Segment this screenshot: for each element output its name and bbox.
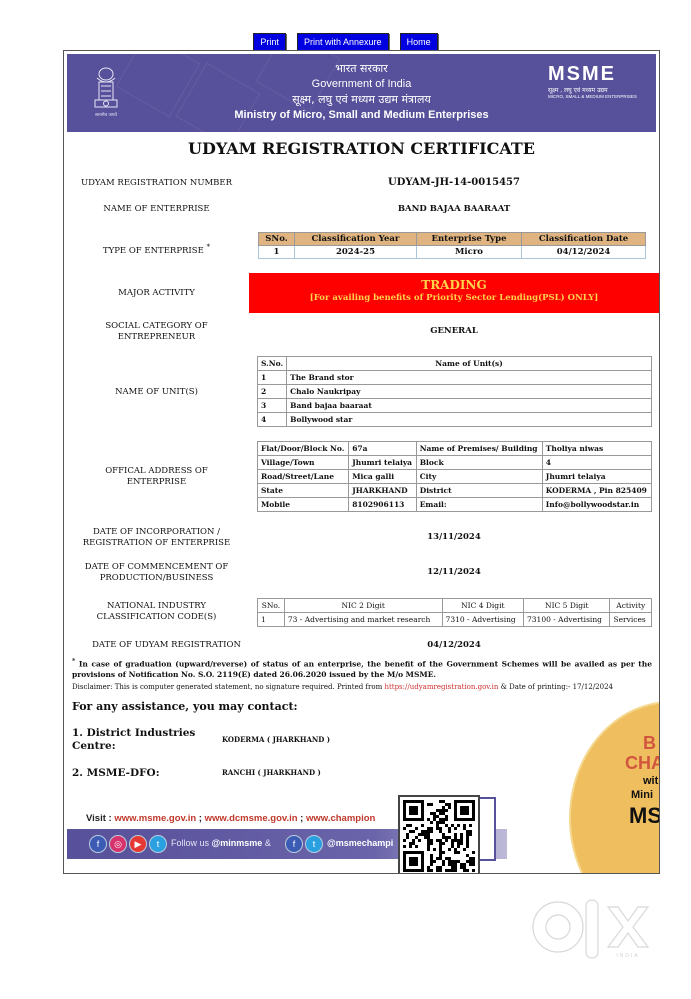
visit-label: Visit : — [86, 813, 114, 824]
enterprise-name-value: BAND BAJAA BAARAAT — [304, 204, 604, 214]
table-cell: 2024-25 — [294, 246, 416, 259]
table-cell: 4 — [258, 413, 287, 427]
table-cell: State — [258, 484, 349, 498]
table-row: 1 73 - Advertising and market research 7… — [258, 613, 652, 627]
table-header: NIC 4 Digit — [442, 599, 523, 613]
print-date-text: & Date of printing:- 17/12/2024 — [498, 683, 613, 691]
follow-label: Follow us — [171, 838, 212, 848]
dic-label-line: Centre: — [72, 740, 202, 753]
table-header: Classification Year — [294, 233, 416, 246]
badge-text: Mini — [631, 789, 653, 801]
asterisk-marker: * — [207, 242, 211, 251]
table-cell: KODERMA , Pin 825409 — [542, 484, 651, 498]
enterprise-type-label-text: TYPE OF ENTERPRISE — [103, 246, 204, 256]
and-text: & — [262, 838, 271, 848]
table-cell: Mobile — [258, 498, 349, 512]
champions-badge: B CHA wit Mini MS — [569, 701, 660, 874]
olx-india-text: INDIA — [616, 953, 639, 959]
dfo-value: RANCHI ( JHARKHAND ) — [222, 768, 321, 777]
dcmsme-link[interactable]: www.dcmsme.gov.in — [205, 813, 298, 824]
disclaimer-text: Disclaimer: This is computer generated s… — [72, 683, 384, 691]
address-label-line: OFFICAL ADDRESS OF — [74, 466, 239, 477]
twitter-icon[interactable]: t — [305, 835, 323, 853]
social-category-label: SOCIAL CATEGORY OF ENTREPRENEUR — [74, 321, 239, 343]
table-row: Road/Street/LaneMica galliCityJhumri tel… — [258, 470, 652, 484]
table-cell: Band bajaa baaraat — [287, 399, 652, 413]
table-header: SNo. — [259, 233, 295, 246]
table-cell: 8102906113 — [349, 498, 416, 512]
table-cell: Services — [610, 613, 652, 627]
table-cell: District — [416, 484, 542, 498]
email-value: Info@bollywoodstar.in — [542, 498, 651, 512]
units-table: S.No. Name of Unit(s) 1The Brand stor 2C… — [257, 356, 652, 427]
toolbar: Print Print with Annexure Home — [0, 30, 691, 51]
social-category-value: GENERAL — [304, 326, 604, 336]
table-cell: Village/Town — [258, 456, 349, 470]
separator: ; — [196, 813, 204, 824]
nic-label-line: NATIONAL INDUSTRY — [74, 601, 239, 612]
msme-logo-text: MSME — [548, 64, 642, 84]
olx-watermark-icon: INDIA — [528, 895, 658, 965]
ministry-heading: Ministry of Micro, Small and Medium Ente… — [67, 109, 656, 121]
address-table: Flat/Door/Block No.67aName of Premises/ … — [257, 441, 652, 512]
print-with-annexure-button[interactable]: Print with Annexure — [297, 33, 389, 51]
certificate: सत्यमेव जयते भारत सरकार Government of In… — [63, 50, 660, 874]
facebook-icon[interactable]: f — [89, 835, 107, 853]
dic-value: KODERMA ( JHARKHAND ) — [222, 735, 330, 744]
badge-text: B — [643, 733, 656, 753]
champions-handle-wrap: @msmechampi — [327, 838, 393, 848]
units-label: NAME OF UNIT(S) — [74, 387, 239, 397]
qr-code — [398, 795, 480, 874]
nic-label-line: CLASSIFICATION CODE(S) — [74, 612, 239, 623]
graduation-note: * In case of graduation (upward/reverse)… — [72, 657, 652, 680]
msme-logo-english: MICRO, SMALL & MEDIUM ENTERPRISES — [548, 94, 642, 99]
table-header: Enterprise Type — [416, 233, 521, 246]
follow-text: Follow us @minmsme & — [171, 838, 271, 848]
table-cell: 3 — [258, 399, 287, 413]
social-category-label-line: SOCIAL CATEGORY OF — [74, 321, 239, 332]
notes: * In case of graduation (upward/reverse)… — [72, 657, 652, 691]
table-row: StateJHARKHANDDistrictKODERMA , Pin 8254… — [258, 484, 652, 498]
table-cell: Name of Premises/ Building — [416, 442, 542, 456]
table-header: NIC 5 Digit — [524, 599, 610, 613]
commencement-label: DATE OF COMMENCEMENT OF PRODUCTION/BUSIN… — [74, 562, 239, 584]
table-row: 3Band bajaa baaraat — [258, 399, 652, 413]
badge-text: MS — [629, 803, 660, 829]
msme-link[interactable]: www.msme.gov.in — [114, 813, 196, 824]
table-cell: Flat/Door/Block No. — [258, 442, 349, 456]
commencement-date: 12/11/2024 — [304, 567, 604, 577]
msmechampions-handle[interactable]: @msmechampi — [327, 838, 393, 848]
incorporation-label-line: DATE OF INCORPORATION / — [74, 527, 239, 538]
classification-table: SNo. Classification Year Enterprise Type… — [258, 232, 646, 259]
separator: ; — [298, 813, 306, 824]
asterisk-marker: * — [72, 658, 75, 665]
table-cell: 2 — [258, 385, 287, 399]
msme-logo: MSME सूक्ष्म , लघु एवं मध्यम उद्यम MICRO… — [548, 64, 642, 99]
table-cell: Jhumri telaiya — [542, 470, 651, 484]
udyam-date-label: DATE OF UDYAM REGISTRATION — [74, 640, 259, 650]
youtube-icon[interactable]: ▶ — [129, 835, 147, 853]
table-cell: Micro — [416, 246, 521, 259]
table-cell: City — [416, 470, 542, 484]
table-cell: Road/Street/Lane — [258, 470, 349, 484]
table-row: Village/TownJhumri telaiyaBlock4 — [258, 456, 652, 470]
graduation-note-text: In case of graduation (upward/reverse) o… — [72, 660, 652, 679]
table-header: NIC 2 Digit — [284, 599, 442, 613]
home-button[interactable]: Home — [400, 33, 438, 51]
udyam-portal-link[interactable]: https://udyamregistration.gov.in — [384, 683, 498, 691]
table-cell: 1 — [258, 613, 285, 627]
commencement-label-line: DATE OF COMMENCEMENT OF — [74, 562, 239, 573]
table-header: Name of Unit(s) — [287, 357, 652, 371]
address-label-line: ENTERPRISE — [74, 477, 239, 488]
table-header: Classification Date — [522, 233, 646, 246]
contact-heading: For any assistance, you may contact: — [72, 700, 298, 713]
minmsme-handle[interactable]: @minmsme — [212, 838, 263, 848]
table-cell: 1 — [259, 246, 295, 259]
table-cell: The Brand stor — [287, 371, 652, 385]
table-cell: 67a — [349, 442, 416, 456]
disclaimer: Disclaimer: This is computer generated s… — [72, 683, 652, 691]
table-row: Mobile8102906113Email:Info@bollywoodstar… — [258, 498, 652, 512]
table-cell: Email: — [416, 498, 542, 512]
major-activity-banner: TRADING [For availing benefits of Priori… — [249, 273, 659, 313]
table-header: Activity — [610, 599, 652, 613]
table-row: 4Bollywood star — [258, 413, 652, 427]
commencement-label-line: PRODUCTION/BUSINESS — [74, 573, 239, 584]
nic-label: NATIONAL INDUSTRY CLASSIFICATION CODE(S) — [74, 601, 239, 623]
certificate-title: UDYAM REGISTRATION CERTIFICATE — [64, 139, 659, 158]
reg-number-value: UDYAM-JH-14-0015457 — [304, 177, 604, 188]
address-label: OFFICAL ADDRESS OF ENTERPRISE — [74, 466, 239, 488]
table-row: 2Chalo Naukripay — [258, 385, 652, 399]
table-cell: 73 - Advertising and market research — [284, 613, 442, 627]
incorporation-label: DATE OF INCORPORATION / REGISTRATION OF … — [74, 527, 239, 549]
table-row: 1The Brand stor — [258, 371, 652, 385]
table-row: Flat/Door/Block No.67aName of Premises/ … — [258, 442, 652, 456]
table-cell: Tholiya niwas — [542, 442, 651, 456]
table-cell: Jhumri telaiya — [349, 456, 416, 470]
table-row: 1 2024-25 Micro 04/12/2024 — [259, 246, 646, 259]
dfo-label: 2. MSME-DFO: — [72, 767, 160, 779]
major-activity-value: TRADING — [249, 278, 659, 292]
msme-logo-hindi: सूक्ष्म , लघु एवं मध्यम उद्यम — [548, 86, 642, 94]
facebook-icon[interactable]: f — [285, 835, 303, 853]
enterprise-type-label: TYPE OF ENTERPRISE * — [74, 242, 239, 256]
udyam-date-value: 04/12/2024 — [304, 640, 604, 650]
instagram-icon[interactable]: ◎ — [109, 835, 127, 853]
nic-table: SNo. NIC 2 Digit NIC 4 Digit NIC 5 Digit… — [257, 598, 652, 627]
table-cell: 73100 - Advertising — [524, 613, 610, 627]
dic-label: 1. District Industries Centre: — [72, 727, 202, 753]
table-cell: 7310 - Advertising — [442, 613, 523, 627]
national-emblem-icon: सत्यमेव जयते — [89, 64, 123, 120]
table-cell: 04/12/2024 — [522, 246, 646, 259]
table-cell: 1 — [258, 371, 287, 385]
champions-link[interactable]: www.champion — [306, 813, 375, 824]
enterprise-name-label: NAME OF ENTERPRISE — [74, 204, 239, 214]
qr-code-icon — [403, 800, 475, 872]
dic-label-line: 1. District Industries — [72, 727, 202, 740]
major-activity-label: MAJOR ACTIVITY — [74, 288, 239, 298]
social-category-label-line: ENTREPRENEUR — [74, 332, 239, 343]
header-band: सत्यमेव जयते भारत सरकार Government of In… — [67, 54, 656, 132]
visit-links: Visit : www.msme.gov.in ; www.dcmsme.gov… — [86, 813, 375, 824]
table-cell: Chalo Naukripay — [287, 385, 652, 399]
reg-number-label: UDYAM REGISTRATION NUMBER — [74, 178, 239, 188]
badge-text: wit — [643, 775, 658, 787]
table-cell: Block — [416, 456, 542, 470]
table-cell: Mica galli — [349, 470, 416, 484]
table-cell: JHARKHAND — [349, 484, 416, 498]
incorporation-date: 13/11/2024 — [304, 532, 604, 542]
incorporation-label-line: REGISTRATION OF ENTERPRISE — [74, 538, 239, 549]
table-header: SNo. — [258, 599, 285, 613]
table-cell: 4 — [542, 456, 651, 470]
svg-text:सत्यमेव जयते: सत्यमेव जयते — [95, 111, 118, 118]
table-cell: Bollywood star — [287, 413, 652, 427]
badge-text: CHA — [625, 753, 660, 774]
major-activity-note: [For availing benefits of Priority Secto… — [249, 293, 659, 303]
table-header: S.No. — [258, 357, 287, 371]
twitter-icon[interactable]: t — [149, 835, 167, 853]
print-button[interactable]: Print — [253, 33, 286, 51]
